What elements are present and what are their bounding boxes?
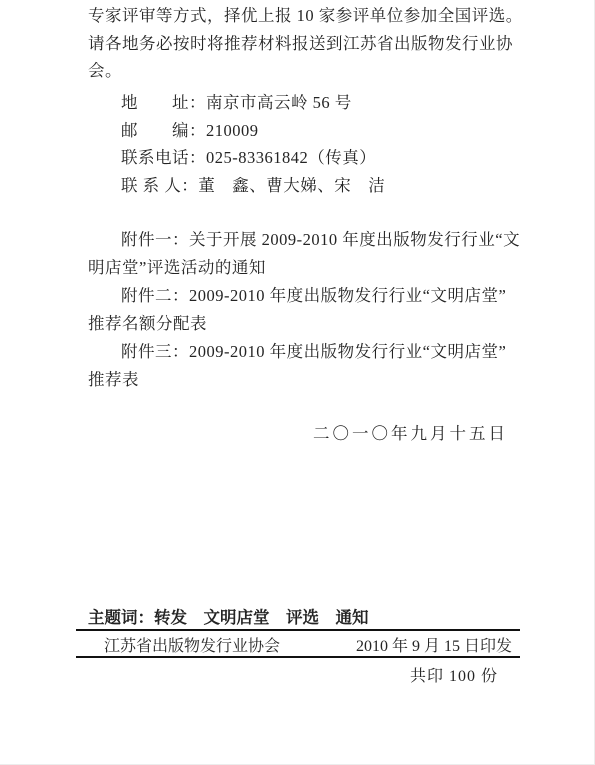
paragraph-line: 会。 xyxy=(88,57,516,85)
print-date: 2010 年 9 月 15 日印发 xyxy=(356,633,512,656)
attachment-2-line-1: 附件二：2009-2010 年度出版物发行行业“文明店堂” xyxy=(88,282,516,310)
attachment-3-line-2: 推荐表 xyxy=(88,366,516,394)
document-footer: 主题词：转发 文明店堂 评选 通知 江苏省出版物发行业协会 2010 年 9 月… xyxy=(76,606,520,686)
contact-address-line: 地 址：南京市高云岭 56 号 xyxy=(88,89,516,117)
signature-date: 二〇一〇年九月十五日 xyxy=(88,420,508,448)
contact-phone-label: 联系电话： xyxy=(121,148,206,167)
subject-keywords-row: 主题词：转发 文明店堂 评选 通知 xyxy=(76,606,520,629)
print-copies: 共印 100 份 xyxy=(76,658,520,686)
closing-paragraph: 专家评审等方式，择优上报 10 家参评单位参加全国评选。 请各地务必按时将推荐材… xyxy=(88,2,516,85)
issuer-row: 江苏省出版物发行业协会 2010 年 9 月 15 日印发 xyxy=(76,631,520,656)
attachments-list: 附件一：关于开展 2009-2010 年度出版物发行行业“文 明店堂”评选活动的… xyxy=(88,226,516,394)
contact-person-label: 联 系 人： xyxy=(121,176,198,195)
subject-keywords: 转发 文明店堂 评选 通知 xyxy=(154,608,369,627)
contact-phone-value: 025-83361842（传真） xyxy=(206,148,376,167)
issuer-name: 江苏省出版物发行业协会 xyxy=(104,633,280,656)
contact-address-label: 地 址： xyxy=(121,93,206,112)
paragraph-line: 专家评审等方式，择优上报 10 家参评单位参加全国评选。 xyxy=(88,2,516,30)
attachment-1-line-2: 明店堂”评选活动的通知 xyxy=(88,254,516,282)
document-page: 专家评审等方式，择优上报 10 家参评单位参加全国评选。 请各地务必按时将推荐材… xyxy=(0,0,595,765)
contact-postcode-label: 邮 编： xyxy=(121,121,206,140)
attachment-1-line-1: 附件一：关于开展 2009-2010 年度出版物发行行业“文 xyxy=(88,226,516,254)
attachment-2-line-2: 推荐名额分配表 xyxy=(88,310,516,338)
contact-postcode-line: 邮 编：210009 xyxy=(88,117,516,145)
contact-info: 地 址：南京市高云岭 56 号 邮 编：210009 联系电话：025-8336… xyxy=(88,89,516,199)
attachment-3-line-1: 附件三：2009-2010 年度出版物发行行业“文明店堂” xyxy=(88,338,516,366)
contact-phone-line: 联系电话：025-83361842（传真） xyxy=(88,144,516,172)
contact-person-line: 联 系 人：董 鑫、曹大娣、宋 洁 xyxy=(88,172,516,200)
subject-label: 主题词： xyxy=(88,608,154,627)
paragraph-line: 请各地务必按时将推荐材料报送到江苏省出版物发行业协 xyxy=(88,30,516,58)
contact-person-value: 董 鑫、曹大娣、宋 洁 xyxy=(198,176,385,195)
contact-address-value: 南京市高云岭 56 号 xyxy=(206,93,352,112)
contact-postcode-value: 210009 xyxy=(206,121,259,140)
